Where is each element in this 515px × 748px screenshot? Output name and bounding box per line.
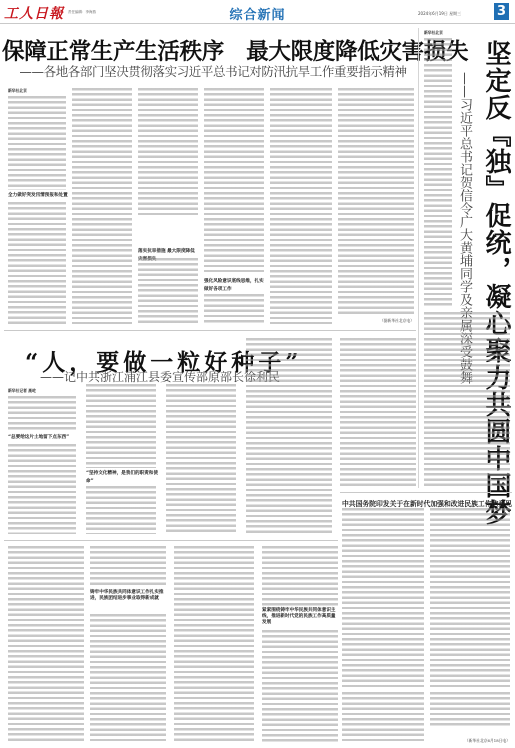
article4-text-col1 xyxy=(8,546,84,742)
article1-subheadline: ——各地各部门坚决贯彻落实习近平总书记对防汛抗旱工作重要指示精神 xyxy=(8,62,418,80)
article4-headline[interactable]: 中共国务院印发关于在新时代加强和改进民族工作的意见 xyxy=(342,498,512,508)
divider xyxy=(340,492,512,493)
divider xyxy=(4,540,338,541)
article3-text-col1 xyxy=(424,38,452,308)
article1-text-col3a xyxy=(138,88,198,218)
article4-text-col2b xyxy=(90,614,166,742)
article1-subhead-1: 全力做好突发汛情预报和处置 xyxy=(8,192,68,200)
article2-text-col3 xyxy=(166,384,236,534)
article4-text-col-b xyxy=(430,508,510,688)
article2-text-col2b xyxy=(86,486,156,534)
article1-text-col4a xyxy=(204,88,264,272)
column-divider xyxy=(418,28,419,488)
article2-text-col2a xyxy=(86,384,156,468)
article2-text-col1b xyxy=(8,444,76,534)
article1-text-col1b xyxy=(8,202,66,324)
article1-text-col4b xyxy=(204,294,264,324)
article1-text-col2 xyxy=(72,88,132,324)
article2-subhead-2: “坚持文化精神，是我们的职责和使命” xyxy=(86,470,158,485)
article1-text-col1a xyxy=(8,96,66,190)
article1-subhead-3: 强化风险意识底线思维，扎实做好各项工作 xyxy=(204,278,264,293)
divider xyxy=(4,330,416,331)
article4-text-col3 xyxy=(174,546,254,742)
article2-subhead-1: “总要给这片土地留下点东西” xyxy=(8,434,78,442)
article2-byline: 新华社记者 高屹 xyxy=(8,388,36,394)
issue-date: 2024年6月19日 星期三 xyxy=(418,11,461,17)
article1-text-col3b xyxy=(138,258,198,324)
article4-text-col2a xyxy=(90,546,166,586)
article3-byline: 新华社北京 xyxy=(424,30,443,36)
article4-subhead-1: 铸牢中华民族共同体意识工作扎实推进，民族团结进步事业取得新成就 xyxy=(90,590,168,602)
article3-text-col2 xyxy=(340,338,416,488)
article4-text-col-a xyxy=(342,508,424,688)
article1-text-col6 xyxy=(338,88,414,316)
page-number-badge: 3 xyxy=(494,3,509,20)
article1-byline: 新华社北京 xyxy=(8,88,27,94)
article4-subhead-2: 紧紧围绕铸牢中华民族共同体意识主线，推进新时代党的民族工作高质量发展 xyxy=(262,608,340,626)
article1-credit: （据新华社北京电） xyxy=(338,318,414,324)
article4-credit: （新华社北京6月18日电） xyxy=(430,738,510,744)
article2-text-col1a xyxy=(8,396,76,432)
article4-text-col6 xyxy=(430,692,510,728)
article4-text-col5 xyxy=(342,692,424,742)
article3-text-col3 xyxy=(424,312,510,488)
article4-text-col4b xyxy=(262,630,338,742)
article1-text-col5 xyxy=(270,88,332,324)
article2-text-col4 xyxy=(246,338,332,534)
article4-text-col4a xyxy=(262,546,338,606)
